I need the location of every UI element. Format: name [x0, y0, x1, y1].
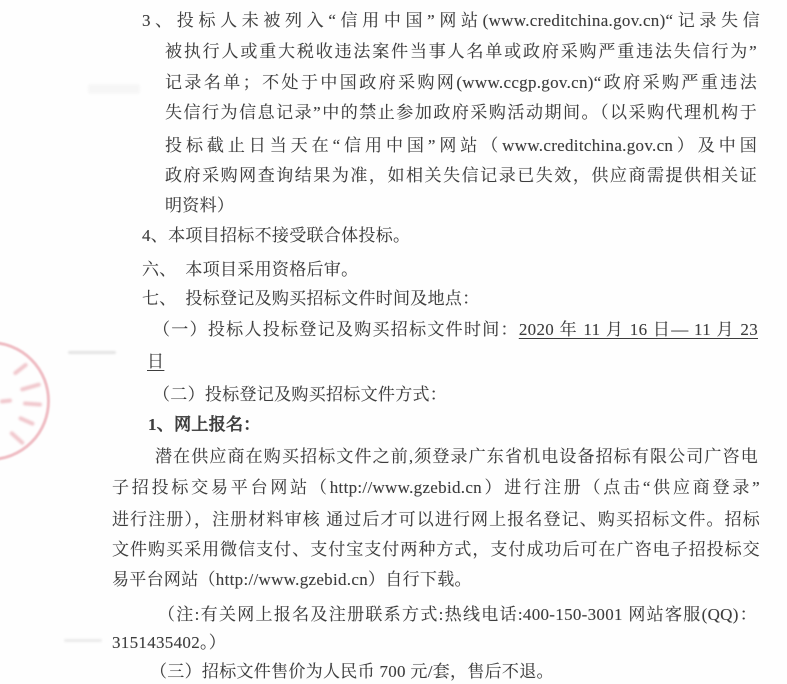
clause-4: 4、本项目招标不接受联合体投标。: [142, 224, 410, 248]
registration-date-continuation: 日: [147, 350, 164, 374]
registration-paragraph-line-2: 子招投标交易平台网站（http://www.gzebid.cn）进行注册（点击“…: [112, 476, 760, 500]
scan-smudge: [68, 351, 116, 354]
registration-paragraph-line-4: 文件购买采用微信支付、支付宝支付两种方式，支付成功后可在广咨电子招投标交: [112, 538, 760, 562]
contact-note-line-1: （注:有关网上报名及注册联系方式:热线电话:400-150-3001 网站客服(…: [158, 603, 757, 627]
registration-paragraph-line-5: 易平台网站（http://www.gzebid.cn）自行下载。: [112, 568, 472, 592]
contact-note-line-2: 3151435402。）: [112, 631, 226, 655]
clause-3-line-2: 被执行人或重大税收违法案件当事人名单或政府采购严重违法失信行为”: [165, 40, 757, 64]
clause-6: 六、 本项目采用资格后审。: [142, 258, 358, 282]
document-page: 3、投标人未被列入“信用中国”网站(www.creditchina.gov.cn…: [0, 0, 787, 684]
online-registration-title: 1、网上报名：: [148, 413, 261, 437]
red-seal-stamp: [0, 341, 50, 461]
registration-paragraph-line-1: 潜在供应商在购买招标文件之前,须登录广东省机电设备招标有限公司广咨电: [155, 445, 758, 469]
clause-3-line-7: 明资料）: [165, 194, 234, 218]
clause-3-line-5: 投标截止日当天在“信用中国”网站（www.creditchina.gov.cn）…: [165, 134, 757, 158]
clause-3-line-1: 3、投标人未被列入“信用中国”网站(www.creditchina.gov.cn…: [142, 9, 760, 33]
item-1-registration-time: （一）投标人投标登记及购买招标文件时间：2020 年 11 月 16 日— 11…: [153, 318, 758, 342]
clause-7: 七、 投标登记及购买招标文件时间及地点：: [142, 287, 480, 311]
registration-date-underlined: 2020 年 11 月 16 日— 11 月 23: [519, 320, 758, 339]
clause-3-line-6: 政府采购网查询结果为准，如相关失信记录已失效，供应商需提供相关证: [165, 164, 757, 188]
item-3-document-price: （三）招标文件售价为人民币 700 元/套，售后不退。: [150, 660, 554, 684]
clause-3-line-4: 失信行为信息记录”中的禁止参加政府采购活动期间。（以采购代理机构于: [165, 101, 757, 125]
registration-paragraph-line-3: 进行注册），注册材料审核 通过后才可以进行网上报名登记、购买招标文件。招标: [112, 508, 760, 532]
item-2-method: （二）投标登记及购买招标文件方式：: [153, 383, 447, 407]
item-1-label: （一）投标人投标登记及购买招标文件时间：: [153, 320, 519, 339]
scan-smudge: [88, 84, 140, 94]
scan-smudge: [64, 639, 102, 642]
clause-3-line-3: 记录名单；不处于中国政府采购网(www.ccgp.gov.cn)“政府采购严重违…: [165, 71, 757, 95]
